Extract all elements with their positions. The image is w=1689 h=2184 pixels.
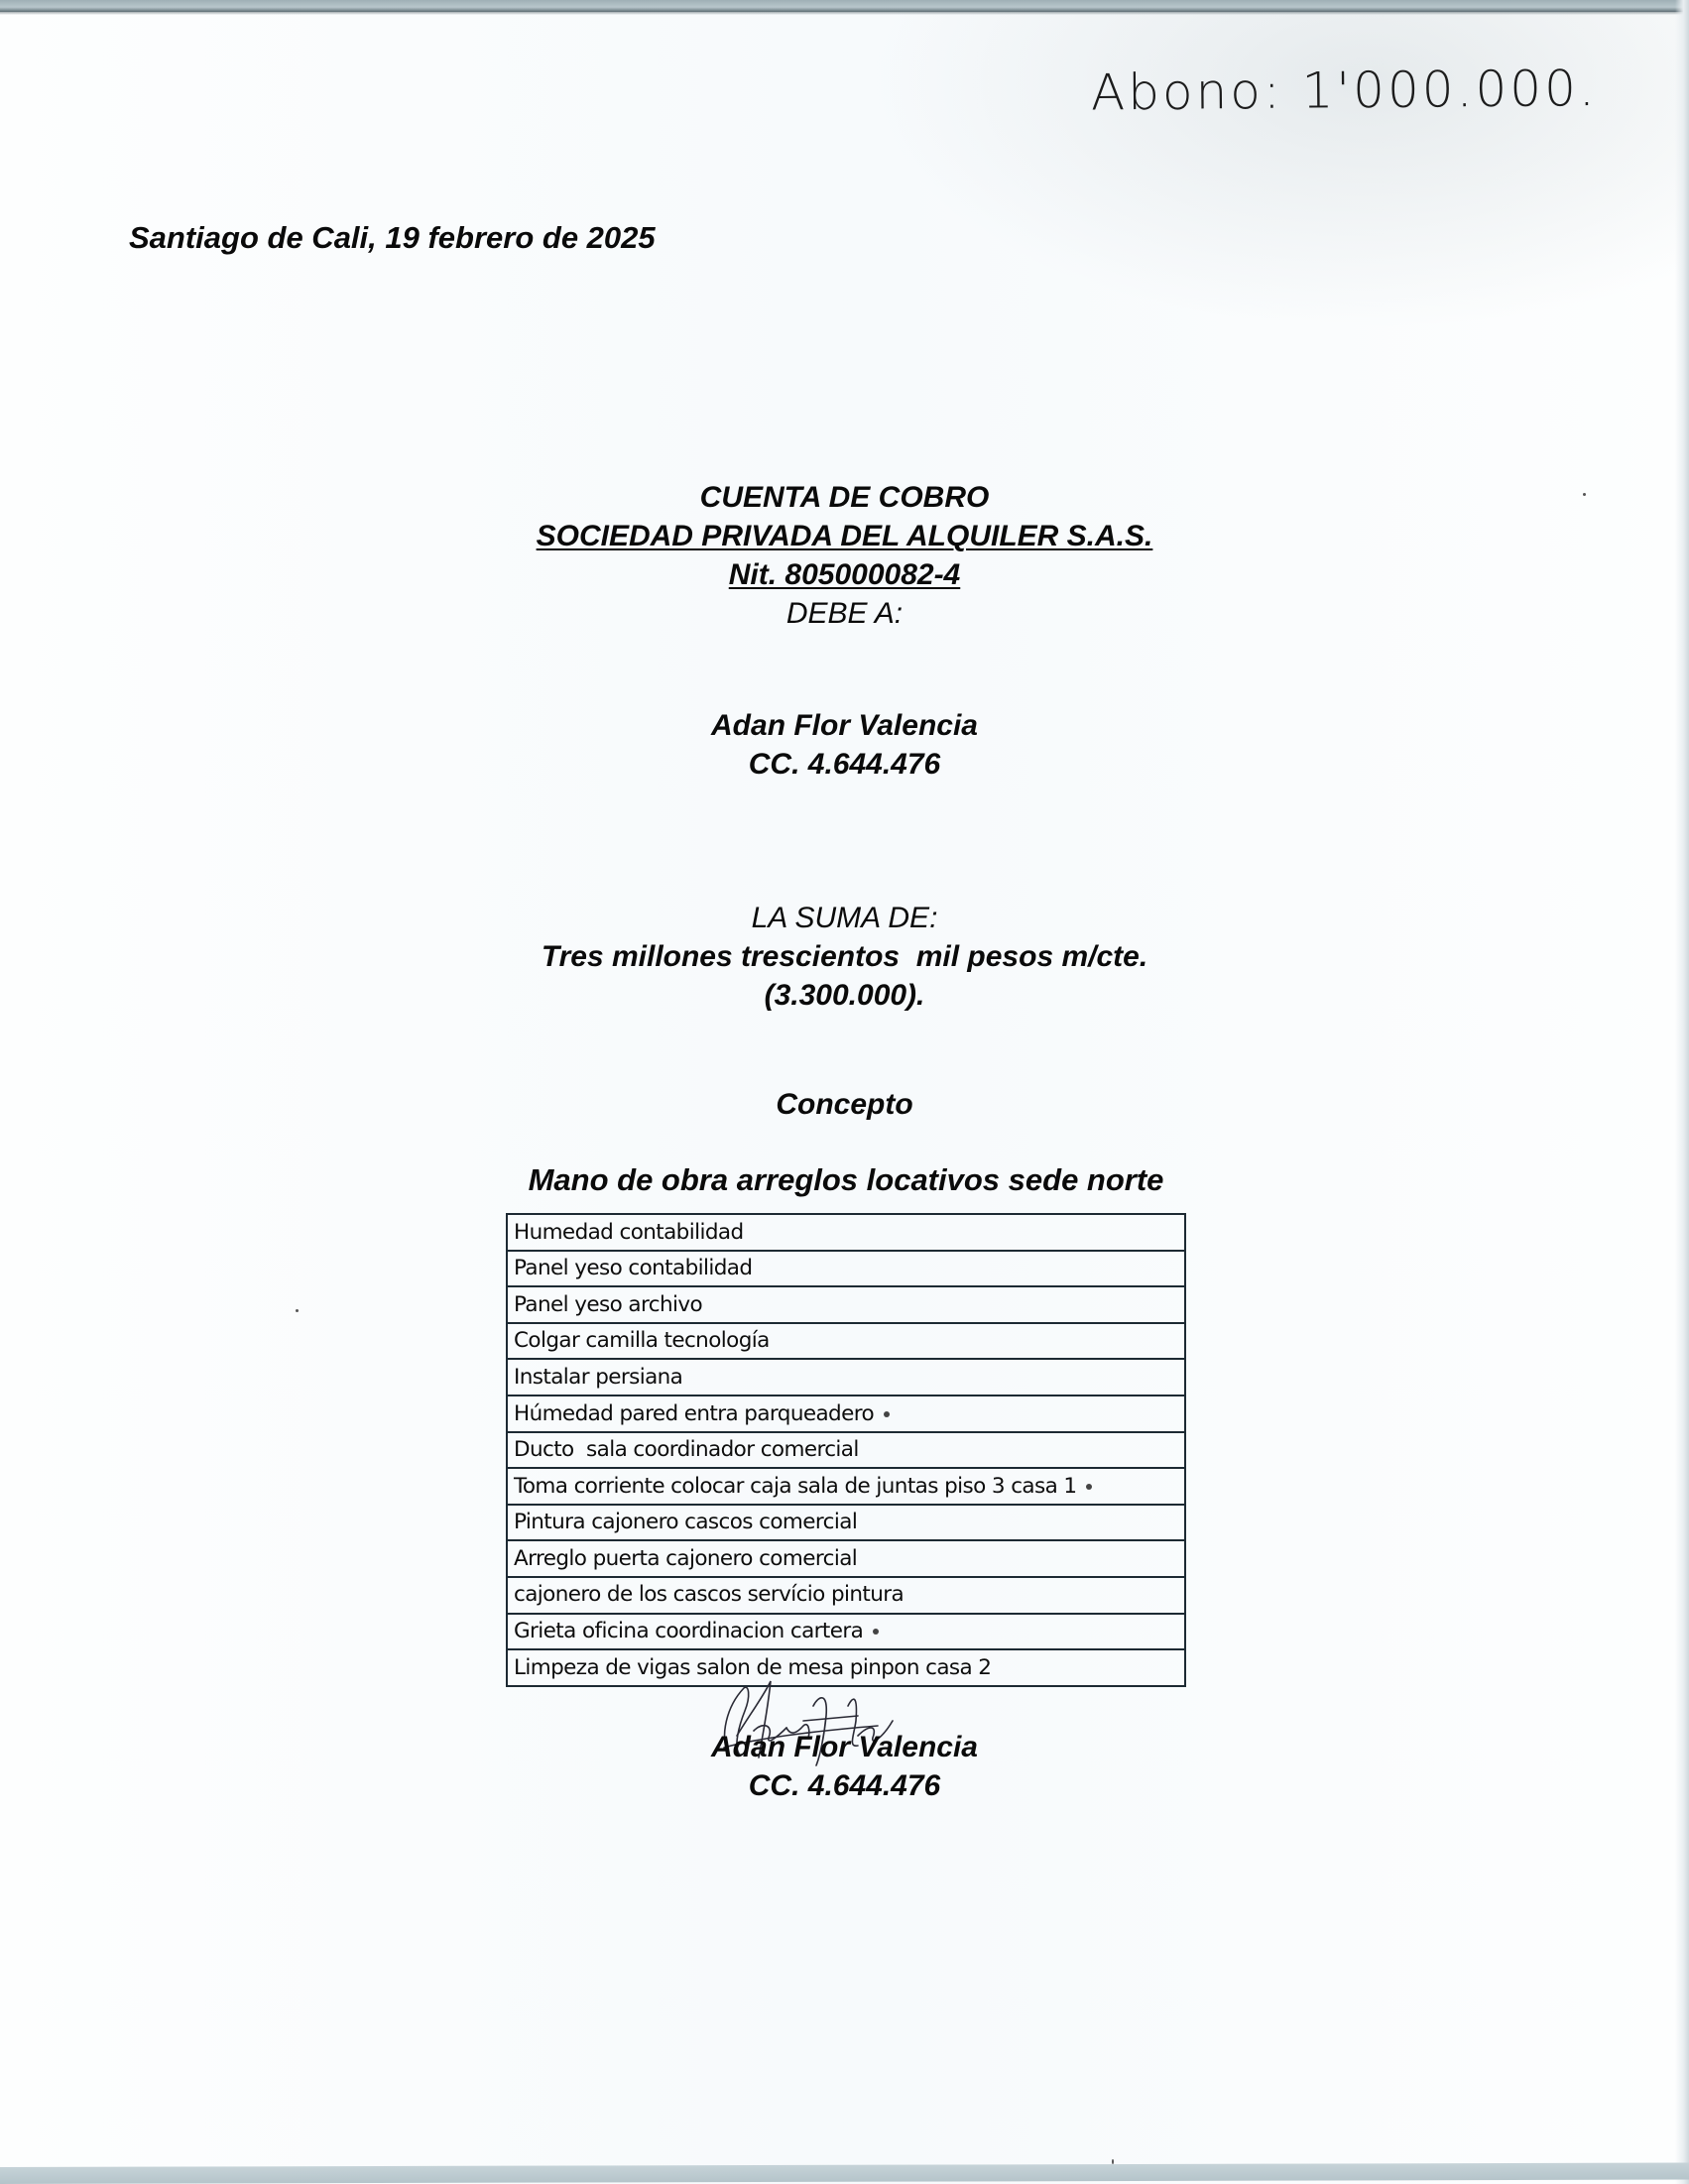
concept-item-text: Toma corriente colocar caja sala de junt… — [514, 1474, 1076, 1499]
amount-block: LA SUMA DE: Tres millones trescientos mi… — [0, 899, 1689, 1015]
concept-item: Instalar persiana — [507, 1359, 1185, 1395]
concept-item-text: Arreglo puerta cajonero comercial — [514, 1546, 857, 1571]
scan-speck — [1583, 493, 1586, 496]
concept-title: Mano de obra arreglos locativos sede nor… — [506, 1162, 1186, 1198]
concept-item-text: Instalar persiana — [514, 1365, 682, 1390]
beneficiary-id: CC. 4.644.476 — [0, 745, 1689, 784]
scan-edge-bottom — [0, 2163, 1689, 2184]
scan-speck — [1112, 2159, 1114, 2164]
concept-item: cajonero de los cascos servício pintura — [507, 1577, 1185, 1614]
pen-mark-icon — [1086, 1484, 1092, 1490]
beneficiary: Adan Flor Valencia CC. 4.644.476 — [0, 706, 1689, 784]
concept-label: Concepto — [0, 1088, 1689, 1122]
concept-item-text: Pintura cajonero cascos comercial — [514, 1510, 857, 1534]
table-row: Húmedad pared entra parqueadero — [507, 1395, 1185, 1432]
concept-item-text: Húmedad pared entra parqueadero — [514, 1401, 874, 1426]
concept-item: Arreglo puerta cajonero comercial — [507, 1540, 1185, 1577]
concept-item-text: Grieta oficina coordinacion cartera — [514, 1619, 863, 1643]
concept-items-table: Humedad contabilidadPanel yeso contabili… — [506, 1213, 1186, 1687]
table-row: Grieta oficina coordinacion cartera — [507, 1614, 1185, 1650]
concept-item: Panel yeso archivo — [507, 1286, 1185, 1323]
table-row: Panel yeso contabilidad — [507, 1251, 1185, 1287]
amount-in-words: Tres millones trescientos mil pesos m/ct… — [0, 937, 1689, 976]
beneficiary-name: Adan Flor Valencia — [0, 706, 1689, 745]
concept-item: Húmedad pared entra parqueadero — [507, 1395, 1185, 1432]
concept-item-text: Panel yeso contabilidad — [514, 1256, 752, 1280]
document-header: CUENTA DE COBRO SOCIEDAD PRIVADA DEL ALQ… — [0, 478, 1689, 633]
signer-name: Adan Flor Valencia — [0, 1728, 1689, 1766]
handwritten-payment-note: Abono: 1'000.000. — [1091, 60, 1646, 122]
table-row: cajonero de los cascos servício pintura — [507, 1577, 1185, 1614]
concept-item-text: Humedad contabilidad — [514, 1220, 744, 1245]
table-row: Humedad contabilidad — [507, 1214, 1185, 1251]
owes-to-label: DEBE A: — [0, 594, 1689, 633]
concept-item-text: Colgar camilla tecnología — [514, 1328, 770, 1353]
concept-item: Pintura cajonero cascos comercial — [507, 1505, 1185, 1541]
pen-mark-icon — [884, 1411, 890, 1417]
scan-edge-top — [0, 0, 1689, 12]
concept-item: Ducto sala coordinador comercial — [507, 1432, 1185, 1469]
table-row: Panel yeso archivo — [507, 1286, 1185, 1323]
company-name: SOCIEDAD PRIVADA DEL ALQUILER S.A.S. — [537, 520, 1153, 552]
concept-item-text: Ducto sala coordinador comercial — [514, 1437, 859, 1462]
table-row: Colgar camilla tecnología — [507, 1323, 1185, 1360]
signature-block: Adan Flor Valencia CC. 4.644.476 — [0, 1728, 1689, 1805]
table-row: Toma corriente colocar caja sala de junt… — [507, 1468, 1185, 1505]
company-nit: Nit. 805000082-4 — [729, 558, 961, 591]
concept-item: Panel yeso contabilidad — [507, 1251, 1185, 1287]
concept-item: Colgar camilla tecnología — [507, 1323, 1185, 1360]
amount-in-numbers: (3.300.000). — [0, 976, 1689, 1015]
table-row: Pintura cajonero cascos comercial — [507, 1505, 1185, 1541]
concept-item: Humedad contabilidad — [507, 1214, 1185, 1251]
amount-label: LA SUMA DE: — [0, 899, 1689, 937]
concept-item: Toma corriente colocar caja sala de junt… — [507, 1468, 1185, 1505]
date-line: Santiago de Cali, 19 febrero de 2025 — [129, 220, 656, 256]
concept-item-text: Panel yeso archivo — [514, 1292, 702, 1317]
signer-id: CC. 4.644.476 — [0, 1766, 1689, 1805]
table-row: Arreglo puerta cajonero comercial — [507, 1540, 1185, 1577]
pen-mark-icon — [873, 1629, 879, 1635]
scan-speck — [296, 1309, 299, 1312]
concept-item-text: cajonero de los cascos servício pintura — [514, 1582, 904, 1607]
concept-item: Grieta oficina coordinacion cartera — [507, 1614, 1185, 1650]
table-row: Ducto sala coordinador comercial — [507, 1432, 1185, 1469]
table-row: Instalar persiana — [507, 1359, 1185, 1395]
document-type: CUENTA DE COBRO — [0, 478, 1689, 517]
